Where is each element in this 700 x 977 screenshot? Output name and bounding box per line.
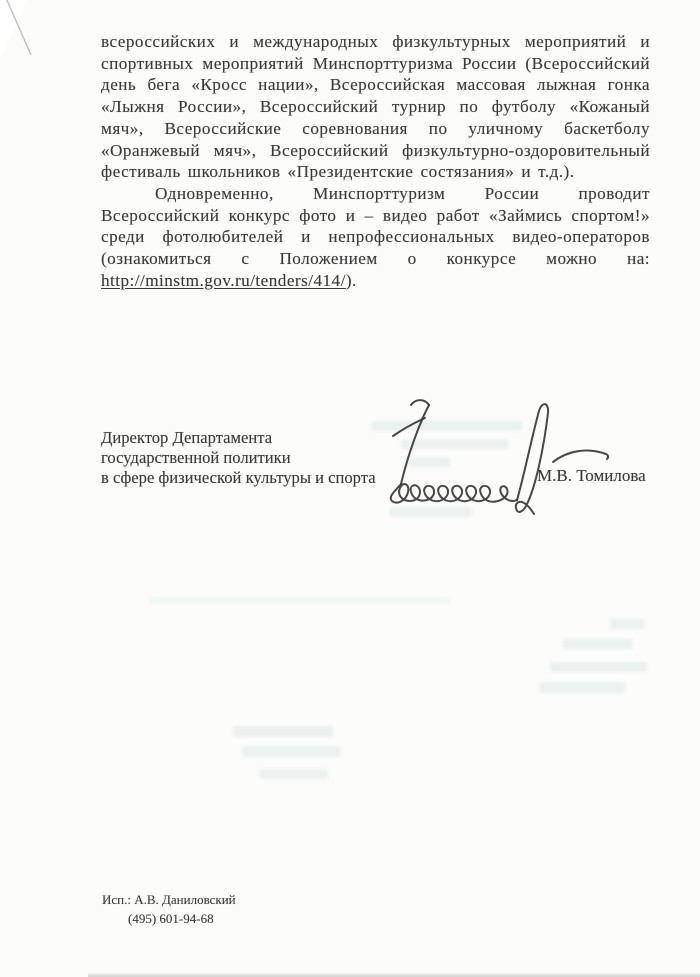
scan-bottom-edge-artifact xyxy=(88,972,700,977)
executor-phone: (495) 601-94-68 xyxy=(102,910,236,929)
scanned-letter-page: всероссийских и международных физкультур… xyxy=(0,0,700,977)
body-paragraph-2: Одновременно, Минспорттуризм России пров… xyxy=(101,183,650,292)
signer-title-line-1: Директор Департамента xyxy=(101,428,376,448)
ink-bleed-spot xyxy=(233,726,333,737)
ink-bleed-spot xyxy=(550,662,647,672)
ink-bleed-spot xyxy=(260,769,328,779)
competition-url-link[interactable]: http://minstm.gov.ru/tenders/414/ xyxy=(101,271,346,290)
ink-bleed-spot xyxy=(540,682,625,693)
body-paragraph-1: всероссийских и международных физкультур… xyxy=(101,31,650,183)
signer-name: М.В. Томилова xyxy=(537,466,646,486)
handwritten-signature-icon xyxy=(385,396,615,520)
paragraph-2-closing: ). xyxy=(346,271,357,290)
executor-name: Исп.: А.В. Даниловский xyxy=(102,891,236,910)
ink-bleed-spot xyxy=(243,746,340,757)
paragraph-2-text: Одновременно, Минспорттуризм России пров… xyxy=(101,184,650,268)
signature-title-block: Директор Департамента государственной по… xyxy=(101,428,376,488)
ink-bleed-spot xyxy=(150,597,450,604)
ink-bleed-spot xyxy=(610,619,644,629)
signer-title-line-3: в сфере физической культуры и спорта xyxy=(101,468,376,488)
signer-title-line-2: государственной политики xyxy=(101,448,376,468)
executor-footer: Исп.: А.В. Даниловский (495) 601-94-68 xyxy=(102,891,236,928)
letter-body: всероссийских и международных физкультур… xyxy=(101,31,650,291)
ink-bleed-spot xyxy=(563,639,633,649)
